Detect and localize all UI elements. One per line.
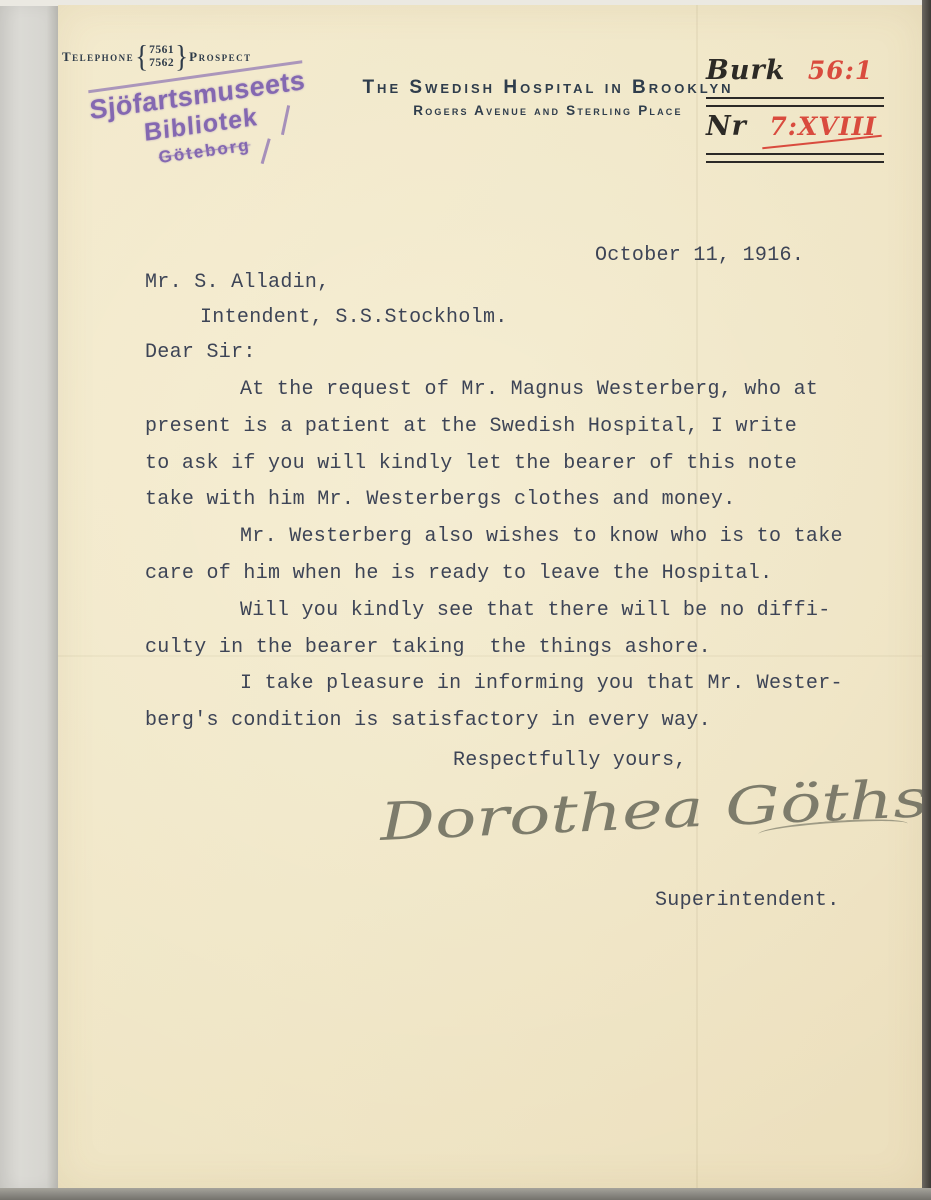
library-stamp: Sjöfartsmuseets Bibliotek Göteborg bbox=[87, 60, 313, 176]
scan-edge-right bbox=[922, 0, 931, 1200]
scan-edge-bottom bbox=[0, 1188, 931, 1200]
letter-body-line: present is a patient at the Swedish Hosp… bbox=[145, 409, 843, 446]
letter-body-line: At the request of Mr. Magnus Westerberg,… bbox=[145, 372, 843, 409]
recipient-title: Intendent, S.S.Stockholm. bbox=[200, 306, 508, 329]
letter-paper: Telephone { 7561 7562 } Prospect The Swe… bbox=[58, 5, 923, 1189]
letter-body-line: to ask if you will kindly let the bearer… bbox=[145, 446, 843, 483]
archive-rule-1 bbox=[706, 97, 884, 107]
scanned-letter: Telephone { 7561 7562 } Prospect The Swe… bbox=[0, 0, 931, 1200]
letterhead-telephone: Telephone { 7561 7562 } Prospect bbox=[62, 43, 252, 70]
nr-label: Nr bbox=[706, 111, 747, 142]
archive-rule-2 bbox=[706, 153, 884, 163]
burk-label: Burk bbox=[706, 55, 785, 86]
telephone-number-2: 7562 bbox=[149, 57, 174, 69]
signer-title: Superintendent. bbox=[655, 889, 840, 912]
letter-body-line: take with him Mr. Westerbergs clothes an… bbox=[145, 482, 843, 519]
telephone-exchange: Prospect bbox=[189, 49, 251, 65]
letter-body-line: care of him when he is ready to leave th… bbox=[145, 556, 843, 593]
handwritten-signature: Dorothea Göthson bbox=[379, 765, 931, 853]
salutation: Dear Sir: bbox=[145, 341, 256, 364]
letter-date: October 11, 1916. bbox=[595, 244, 804, 267]
closing: Respectfully yours, bbox=[453, 749, 687, 772]
burk-value: 56:1 bbox=[808, 56, 873, 85]
letter-body-line: berg's condition is satisfactory in ever… bbox=[145, 703, 843, 740]
adjacent-page-edge bbox=[0, 4, 58, 1190]
left-brace-glyph: { bbox=[134, 41, 149, 72]
archive-row-nr: Nr 7:XVIII bbox=[706, 111, 886, 151]
archive-row-burk: Burk 56:1 bbox=[706, 55, 886, 95]
letter-body-line: I take pleasure in informing you that Mr… bbox=[145, 666, 843, 703]
letter-body-line: Will you kindly see that there will be n… bbox=[145, 593, 843, 630]
telephone-number-1: 7561 bbox=[149, 44, 174, 56]
letter-body-line: culty in the bearer taking the things as… bbox=[145, 630, 843, 667]
telephone-label: Telephone bbox=[62, 49, 134, 65]
letter-body-lines: At the request of Mr. Magnus Westerberg,… bbox=[145, 372, 843, 740]
right-brace-glyph: } bbox=[174, 41, 189, 72]
archive-annotations: Burk 56:1 Nr 7:XVIII bbox=[706, 55, 886, 167]
letter-body-line: Mr. Westerberg also wishes to know who i… bbox=[145, 519, 843, 556]
recipient-name: Mr. S. Alladin, bbox=[145, 271, 330, 294]
telephone-numbers: 7561 7562 bbox=[149, 44, 174, 68]
